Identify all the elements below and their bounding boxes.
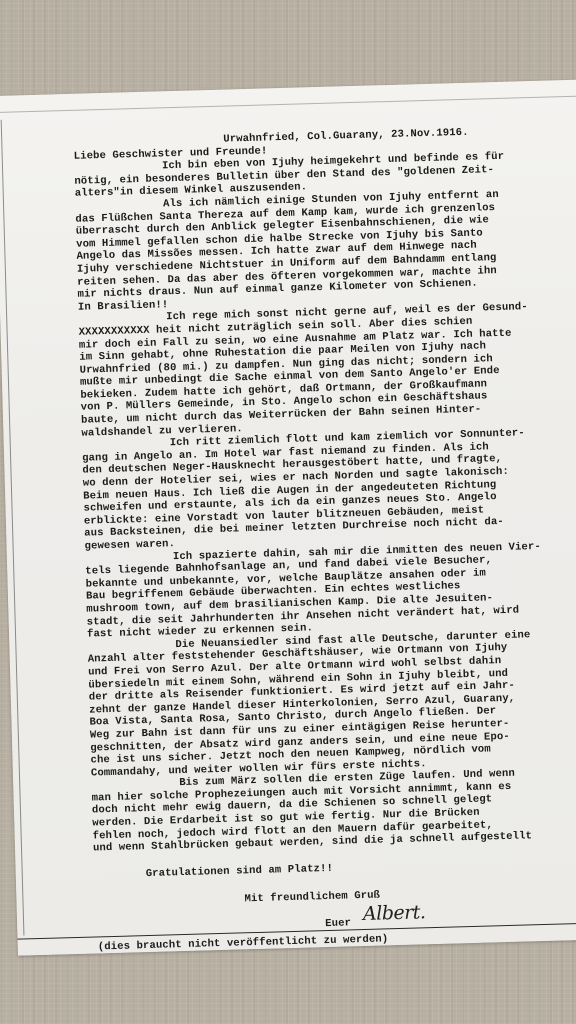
typewritten-letter: Urwahnfried, Col.Guarany, 23.Nov.1916. L… [73, 124, 576, 954]
handwritten-signature: Albert. [363, 906, 426, 920]
photocopy-edge-line [1, 120, 25, 936]
paragraph-3: Ich rege mich sonst nicht gerne auf, wei… [78, 300, 576, 440]
paragraph-5: Ich spazierte dahin, sah mir die inmitte… [85, 539, 576, 641]
paragraph-2: Als ich nämlich einige Stunden von Ijuhy… [75, 187, 576, 314]
paragraph-4: Ich ritt ziemlich flott und kam ziemlich… [82, 426, 576, 553]
closing-exclamation: Gratulationen sind am Platz!! [94, 855, 576, 882]
letter-page: Urwahnfried, Col.Guarany, 23.Nov.1916. L… [0, 79, 576, 955]
paragraph-6: Die Neuansiedler sind fast alle Deutsche… [87, 627, 576, 779]
paragraph-7: Bis zum März sollen die ersten Züge lauf… [91, 766, 576, 855]
closing-greeting: Mit freundlichem Gruß [94, 884, 576, 911]
